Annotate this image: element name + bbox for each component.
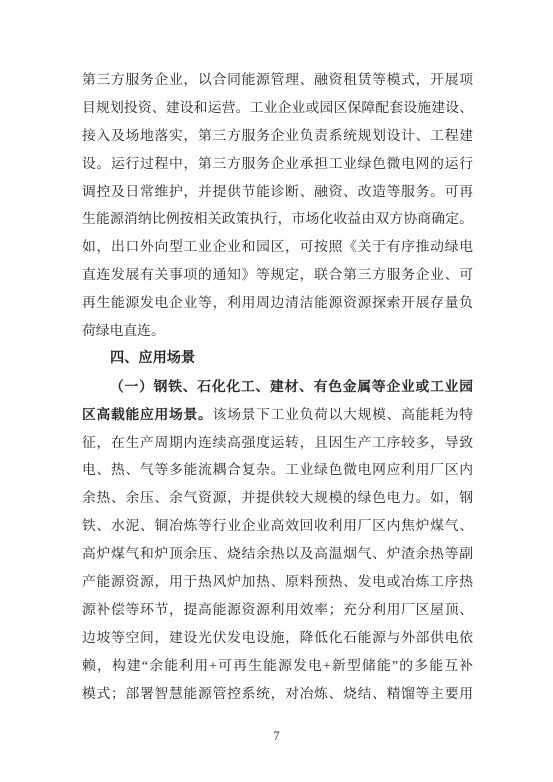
text-line: 设。运行过程中，第三方服务企业承担工业绿色微电网的运行	[82, 150, 473, 178]
text-line: 荷绿电直连。	[82, 317, 473, 345]
text-line: 高炉煤气和炉顶余压、烧结余热以及高温烟气、炉渣余热等副	[82, 540, 473, 568]
text-line: 直连发展有关事项的通知》等规定，联合第三方服务企业、可	[82, 261, 473, 289]
section-heading: 四、应用场景	[82, 345, 473, 373]
text-line: 第三方服务企业，以合同能源管理、融资租赁等模式，开展项	[82, 66, 473, 94]
text-line: （一）钢铁、石化化工、建材、有色金属等企业或工业园	[82, 373, 473, 401]
text-line: 产能源资源，用于热风炉加热、原料预热、发电或冶炼工序热	[82, 568, 473, 596]
paragraph-2: （一）钢铁、石化化工、建材、有色金属等企业或工业园区高载能应用场景。该场景下工业…	[82, 373, 473, 708]
text-line: 铁、水泥、铜冶炼等行业企业高效回收利用厂区内焦炉煤气、	[82, 512, 473, 540]
text-line: 边坡等空间，建设光伏发电设施，降低化石能源与外部供电依	[82, 624, 473, 652]
text-line: 电、热、气等多能流耦合复杂。工业绿色微电网应利用厂区内	[82, 456, 473, 484]
text-line: 生能源消纳比例按相关政策执行，市场化收益由双方协商确定。	[82, 205, 473, 233]
paragraph-1: 第三方服务企业，以合同能源管理、融资租赁等模式，开展项目规划投资、建设和运营。工…	[82, 66, 473, 345]
text-line: 模式；部署智慧能源管控系统，对冶炼、烧结、精馏等主要用	[82, 680, 473, 708]
page-number: 7	[0, 727, 553, 745]
text-line: 区高载能应用场景。该场景下工业负荷以大规模、高能耗为特	[82, 401, 473, 429]
text-line: 目规划投资、建设和运营。工业企业或园区保障配套设施建设、	[82, 94, 473, 122]
bold-lead-text: 区高载能应用场景。	[82, 407, 213, 422]
text-line: 调控及日常维护，并提供节能诊断、融资、改造等服务。可再	[82, 178, 473, 206]
text-line: 接入及场地落实，第三方服务企业负责系统规划设计、工程建	[82, 122, 473, 150]
bold-lead-text: （一）钢铁、石化化工、建材、有色金属等企业或工业园	[110, 379, 473, 394]
text-line: 征，在生产周期内连续高强度运转，且因生产工序较多，导致	[82, 429, 473, 457]
document-page: 第三方服务企业，以合同能源管理、融资租赁等模式，开展项目规划投资、建设和运营。工…	[0, 0, 553, 782]
text-line: 如，出口外向型工业企业和园区，可按照《关于有序推动绿电	[82, 233, 473, 261]
text-line: 余热、余压、余气资源，并提供较大规模的绿色电力。如，钢	[82, 484, 473, 512]
text-line: 赖，构建“余能利用+可再生能源发电+新型储能”的多能互补	[82, 652, 473, 680]
text-line: 再生能源发电企业等，利用周边清洁能源资源探索开展存量负	[82, 289, 473, 317]
text-line: 源补偿等环节，提高能源资源利用效率；充分利用厂区屋顶、	[82, 596, 473, 624]
body-text: 第三方服务企业，以合同能源管理、融资租赁等模式，开展项目规划投资、建设和运营。工…	[82, 66, 473, 707]
